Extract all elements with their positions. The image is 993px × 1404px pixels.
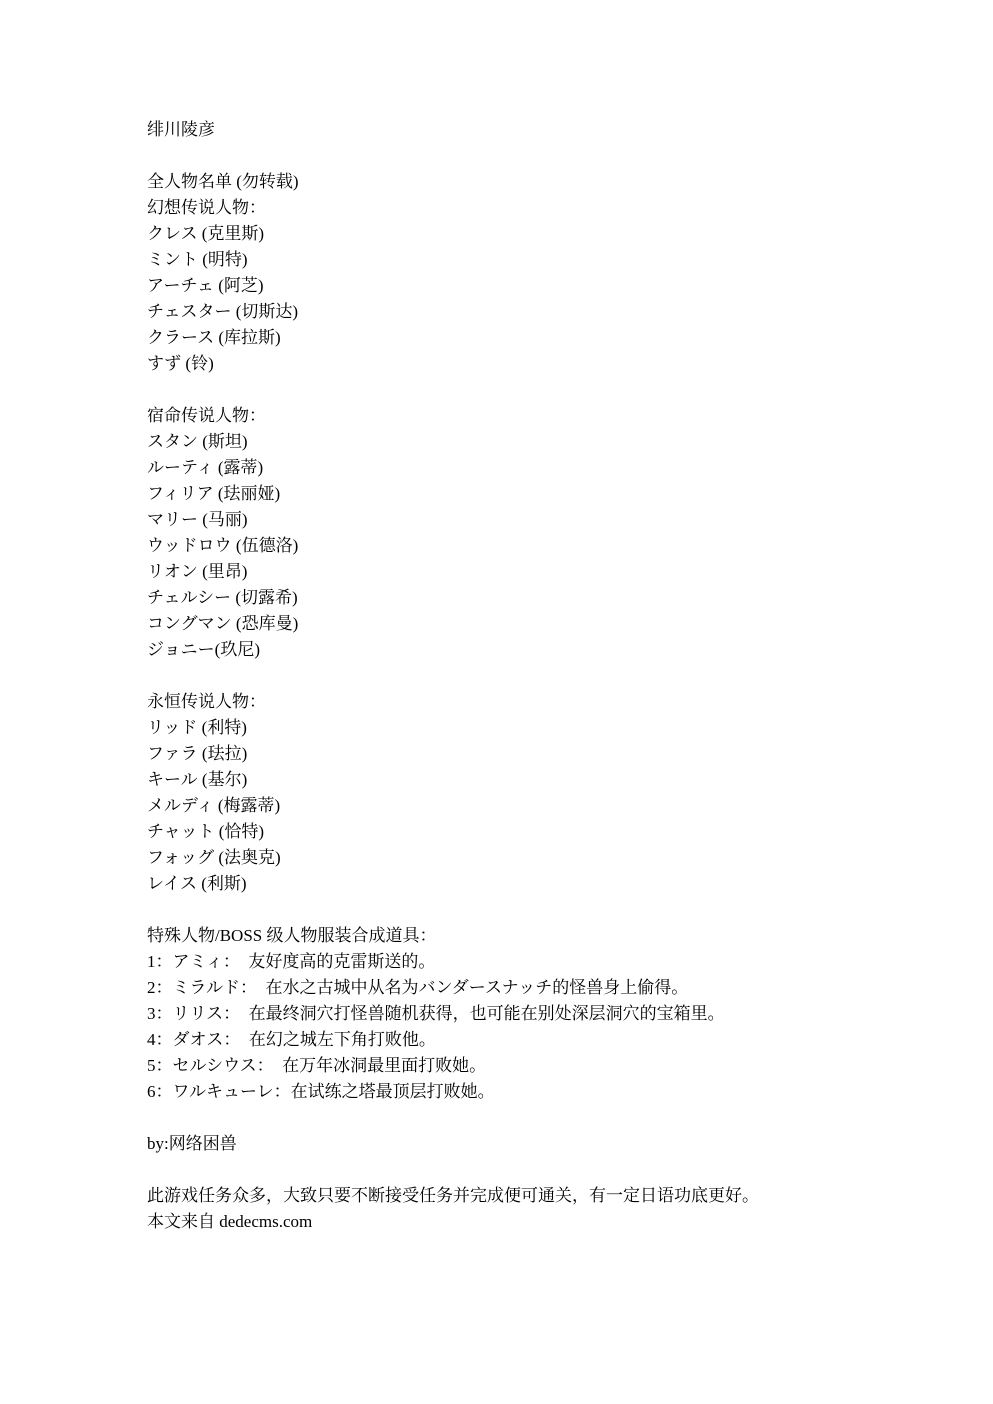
character-entry: クレス (克里斯): [147, 221, 947, 247]
blank-line: [147, 1105, 947, 1131]
boss-item: 1：アミィ： 友好度高的克雷斯送的。: [147, 949, 947, 975]
character-entry: コングマン (恐库曼): [147, 611, 947, 637]
blank-line: [147, 897, 947, 923]
character-entry: すず (铃): [147, 351, 947, 377]
blank-line: [147, 143, 947, 169]
group-heading: 幻想传说人物：: [147, 195, 947, 221]
character-group-eternia: 永恒传说人物： リッド (利特) ファラ (珐拉) キール (基尔) メルディ …: [147, 689, 947, 897]
character-entry: アーチェ (阿芝): [147, 273, 947, 299]
boss-item: 4：ダオス： 在幻之城左下角打败他。: [147, 1027, 947, 1053]
character-group-destiny: 宿命传说人物： スタン (斯坦) ルーティ (露蒂) フィリア (珐丽娅) マリ…: [147, 403, 947, 663]
character-entry: ルーティ (露蒂): [147, 455, 947, 481]
character-entry: フォッグ (法奥克): [147, 845, 947, 871]
character-entry: レイス (利斯): [147, 871, 947, 897]
character-entry: ジョニー(玖尼): [147, 637, 947, 663]
boss-item: 3：リリス： 在最终洞穴打怪兽随机获得，也可能在别处深层洞穴的宝箱里。: [147, 1001, 947, 1027]
character-entry: ファラ (珐拉): [147, 741, 947, 767]
character-entry: ミント (明特): [147, 247, 947, 273]
character-entry: クラース (库拉斯): [147, 325, 947, 351]
source-note: 本文来自 dedecms.com: [147, 1209, 947, 1235]
character-group-phantasia: 幻想传说人物： クレス (克里斯) ミント (明特) アーチェ (阿芝) チェス…: [147, 195, 947, 377]
character-entry: フィリア (珐丽娅): [147, 481, 947, 507]
boss-item: 6：ワルキューレ：在试练之塔最顶层打败她。: [147, 1079, 947, 1105]
list-header: 全人物名单 (勿转载): [147, 169, 947, 195]
character-entry: マリー (马丽): [147, 507, 947, 533]
character-entry: リオン (里昂): [147, 559, 947, 585]
blank-line: [147, 377, 947, 403]
boss-item-group: 特殊人物/BOSS 级人物服装合成道具： 1：アミィ： 友好度高的克雷斯送的。 …: [147, 923, 947, 1105]
character-entry: チャット (恰特): [147, 819, 947, 845]
boss-item: 5：セルシウス： 在万年冰洞最里面打败她。: [147, 1053, 947, 1079]
character-entry: チェルシー (切露希): [147, 585, 947, 611]
article-content: 绯川陵彦 全人物名单 (勿转载) 幻想传说人物： クレス (克里斯) ミント (…: [147, 117, 947, 1235]
closing-note: 此游戏任务众多，大致只要不断接受任务并完成便可通关，有一定日语功底更好。: [147, 1183, 947, 1209]
page-title: 绯川陵彦: [147, 117, 947, 143]
character-entry: スタン (斯坦): [147, 429, 947, 455]
character-entry: メルディ (梅露蒂): [147, 793, 947, 819]
group-heading: 特殊人物/BOSS 级人物服装合成道具：: [147, 923, 947, 949]
character-entry: チェスター (切斯达): [147, 299, 947, 325]
boss-item: 2：ミラルド： 在水之古城中从名为バンダースナッチ的怪兽身上偷得。: [147, 975, 947, 1001]
character-entry: ウッドロウ (伍德洛): [147, 533, 947, 559]
blank-line: [147, 663, 947, 689]
group-heading: 永恒传说人物：: [147, 689, 947, 715]
character-entry: リッド (利特): [147, 715, 947, 741]
group-heading: 宿命传说人物：: [147, 403, 947, 429]
byline: by:网络困兽: [147, 1131, 947, 1157]
character-entry: キール (基尔): [147, 767, 947, 793]
blank-line: [147, 1157, 947, 1183]
